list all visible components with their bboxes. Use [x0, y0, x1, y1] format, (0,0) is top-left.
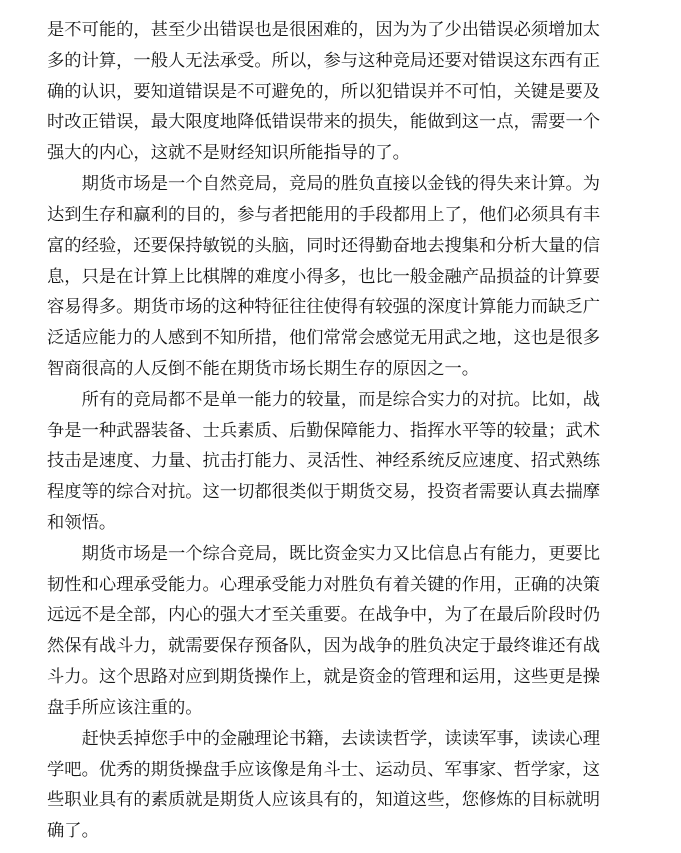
text-line: 达到生存和赢利的目的，参与者把能用的手段都用上了，他们必须具有丰 [47, 200, 601, 231]
text-line: 和领悟。 [47, 508, 601, 539]
text-line: 赶快丢掉您手中的金融理论书籍，去读读哲学，读读军事，读读心理 [47, 724, 601, 755]
text-line: 然保有战斗力，就需要保存预备队，因为战争的胜负决定于最终谁还有战 [47, 631, 601, 662]
text-line: 远远不是全部，内心的强大才至关重要。在战争中，为了在最后阶段时仍 [47, 600, 601, 631]
text-line: 容易得多。期货市场的这种特征往往使得有较强的深度计算能力而缺乏广 [47, 292, 601, 323]
text-line: 斗力。这个思路对应到期货操作上，就是资金的管理和运用，这些更是操 [47, 662, 601, 693]
page-text-block: 是不可能的，甚至少出错误也是很困难的，因为为了少出错误必须增加太多的计算，一般人… [47, 15, 601, 847]
document-page: 是不可能的，甚至少出错误也是很困难的，因为为了少出错误必须增加太多的计算，一般人… [0, 0, 681, 853]
text-line: 盘手所应该注重的。 [47, 693, 601, 724]
text-line: 韧性和心理承受能力。心理承受能力对胜负有着关键的作用，正确的决策 [47, 570, 601, 601]
paragraph: 所有的竞局都不是单一能力的较量，而是综合实力的对抗。比如，战争是一种武器装备、士… [47, 385, 601, 539]
text-line: 技击是速度、力量、抗击打能力、灵活性、神经系统反应速度、招式熟练 [47, 446, 601, 477]
text-line: 多的计算，一般人无法承受。所以，参与这种竞局还要对错误这东西有正 [47, 46, 601, 77]
text-line: 期货市场是一个综合竞局，既比资金实力又比信息占有能力，更要比 [47, 539, 601, 570]
text-line: 时改正错误，最大限度地降低错误带来的损失，能做到这一点，需要一个 [47, 107, 601, 138]
text-line: 智商很高的人反倒不能在期货市场长期生存的原因之一。 [47, 354, 601, 385]
paragraph: 期货市场是一个综合竞局，既比资金实力又比信息占有能力，更要比韧性和心理承受能力。… [47, 539, 601, 724]
text-line: 期货市场是一个自然竞局，竞局的胜负直接以金钱的得失来计算。为 [47, 169, 601, 200]
text-line: 富的经验，还要保持敏锐的头脑，同时还得勤奋地去搜集和分析大量的信 [47, 231, 601, 262]
text-line: 些职业具有的素质就是期货人应该具有的，知道这些，您修炼的目标就明 [47, 785, 601, 816]
text-line: 所有的竞局都不是单一能力的较量，而是综合实力的对抗。比如，战 [47, 385, 601, 416]
paragraph: 是不可能的，甚至少出错误也是很困难的，因为为了少出错误必须增加太多的计算，一般人… [47, 15, 601, 169]
text-line: 强大的内心，这就不是财经知识所能指导的了。 [47, 138, 601, 169]
text-line: 确的认识，要知道错误是不可避免的，所以犯错误并不可怕，关键是要及 [47, 77, 601, 108]
paragraph: 赶快丢掉您手中的金融理论书籍，去读读哲学，读读军事，读读心理学吧。优秀的期货操盘… [47, 724, 601, 847]
text-line: 是不可能的，甚至少出错误也是很困难的，因为为了少出错误必须增加太 [47, 15, 601, 46]
text-line: 泛适应能力的人感到不知所措，他们常常会感觉无用武之地，这也是很多 [47, 323, 601, 354]
text-line: 学吧。优秀的期货操盘手应该像是角斗士、运动员、军事家、哲学家，这 [47, 755, 601, 786]
paragraph: 期货市场是一个自然竞局，竞局的胜负直接以金钱的得失来计算。为达到生存和赢利的目的… [47, 169, 601, 385]
text-line: 程度等的综合对抗。这一切都很类似于期货交易，投资者需要认真去揣摩 [47, 477, 601, 508]
text-line: 息，只是在计算上比棋牌的难度小得多，也比一般金融产品损益的计算要 [47, 262, 601, 293]
text-line: 确了。 [47, 816, 601, 847]
text-line: 争是一种武器装备、士兵素质、后勤保障能力、指挥水平等的较量；武术 [47, 416, 601, 447]
